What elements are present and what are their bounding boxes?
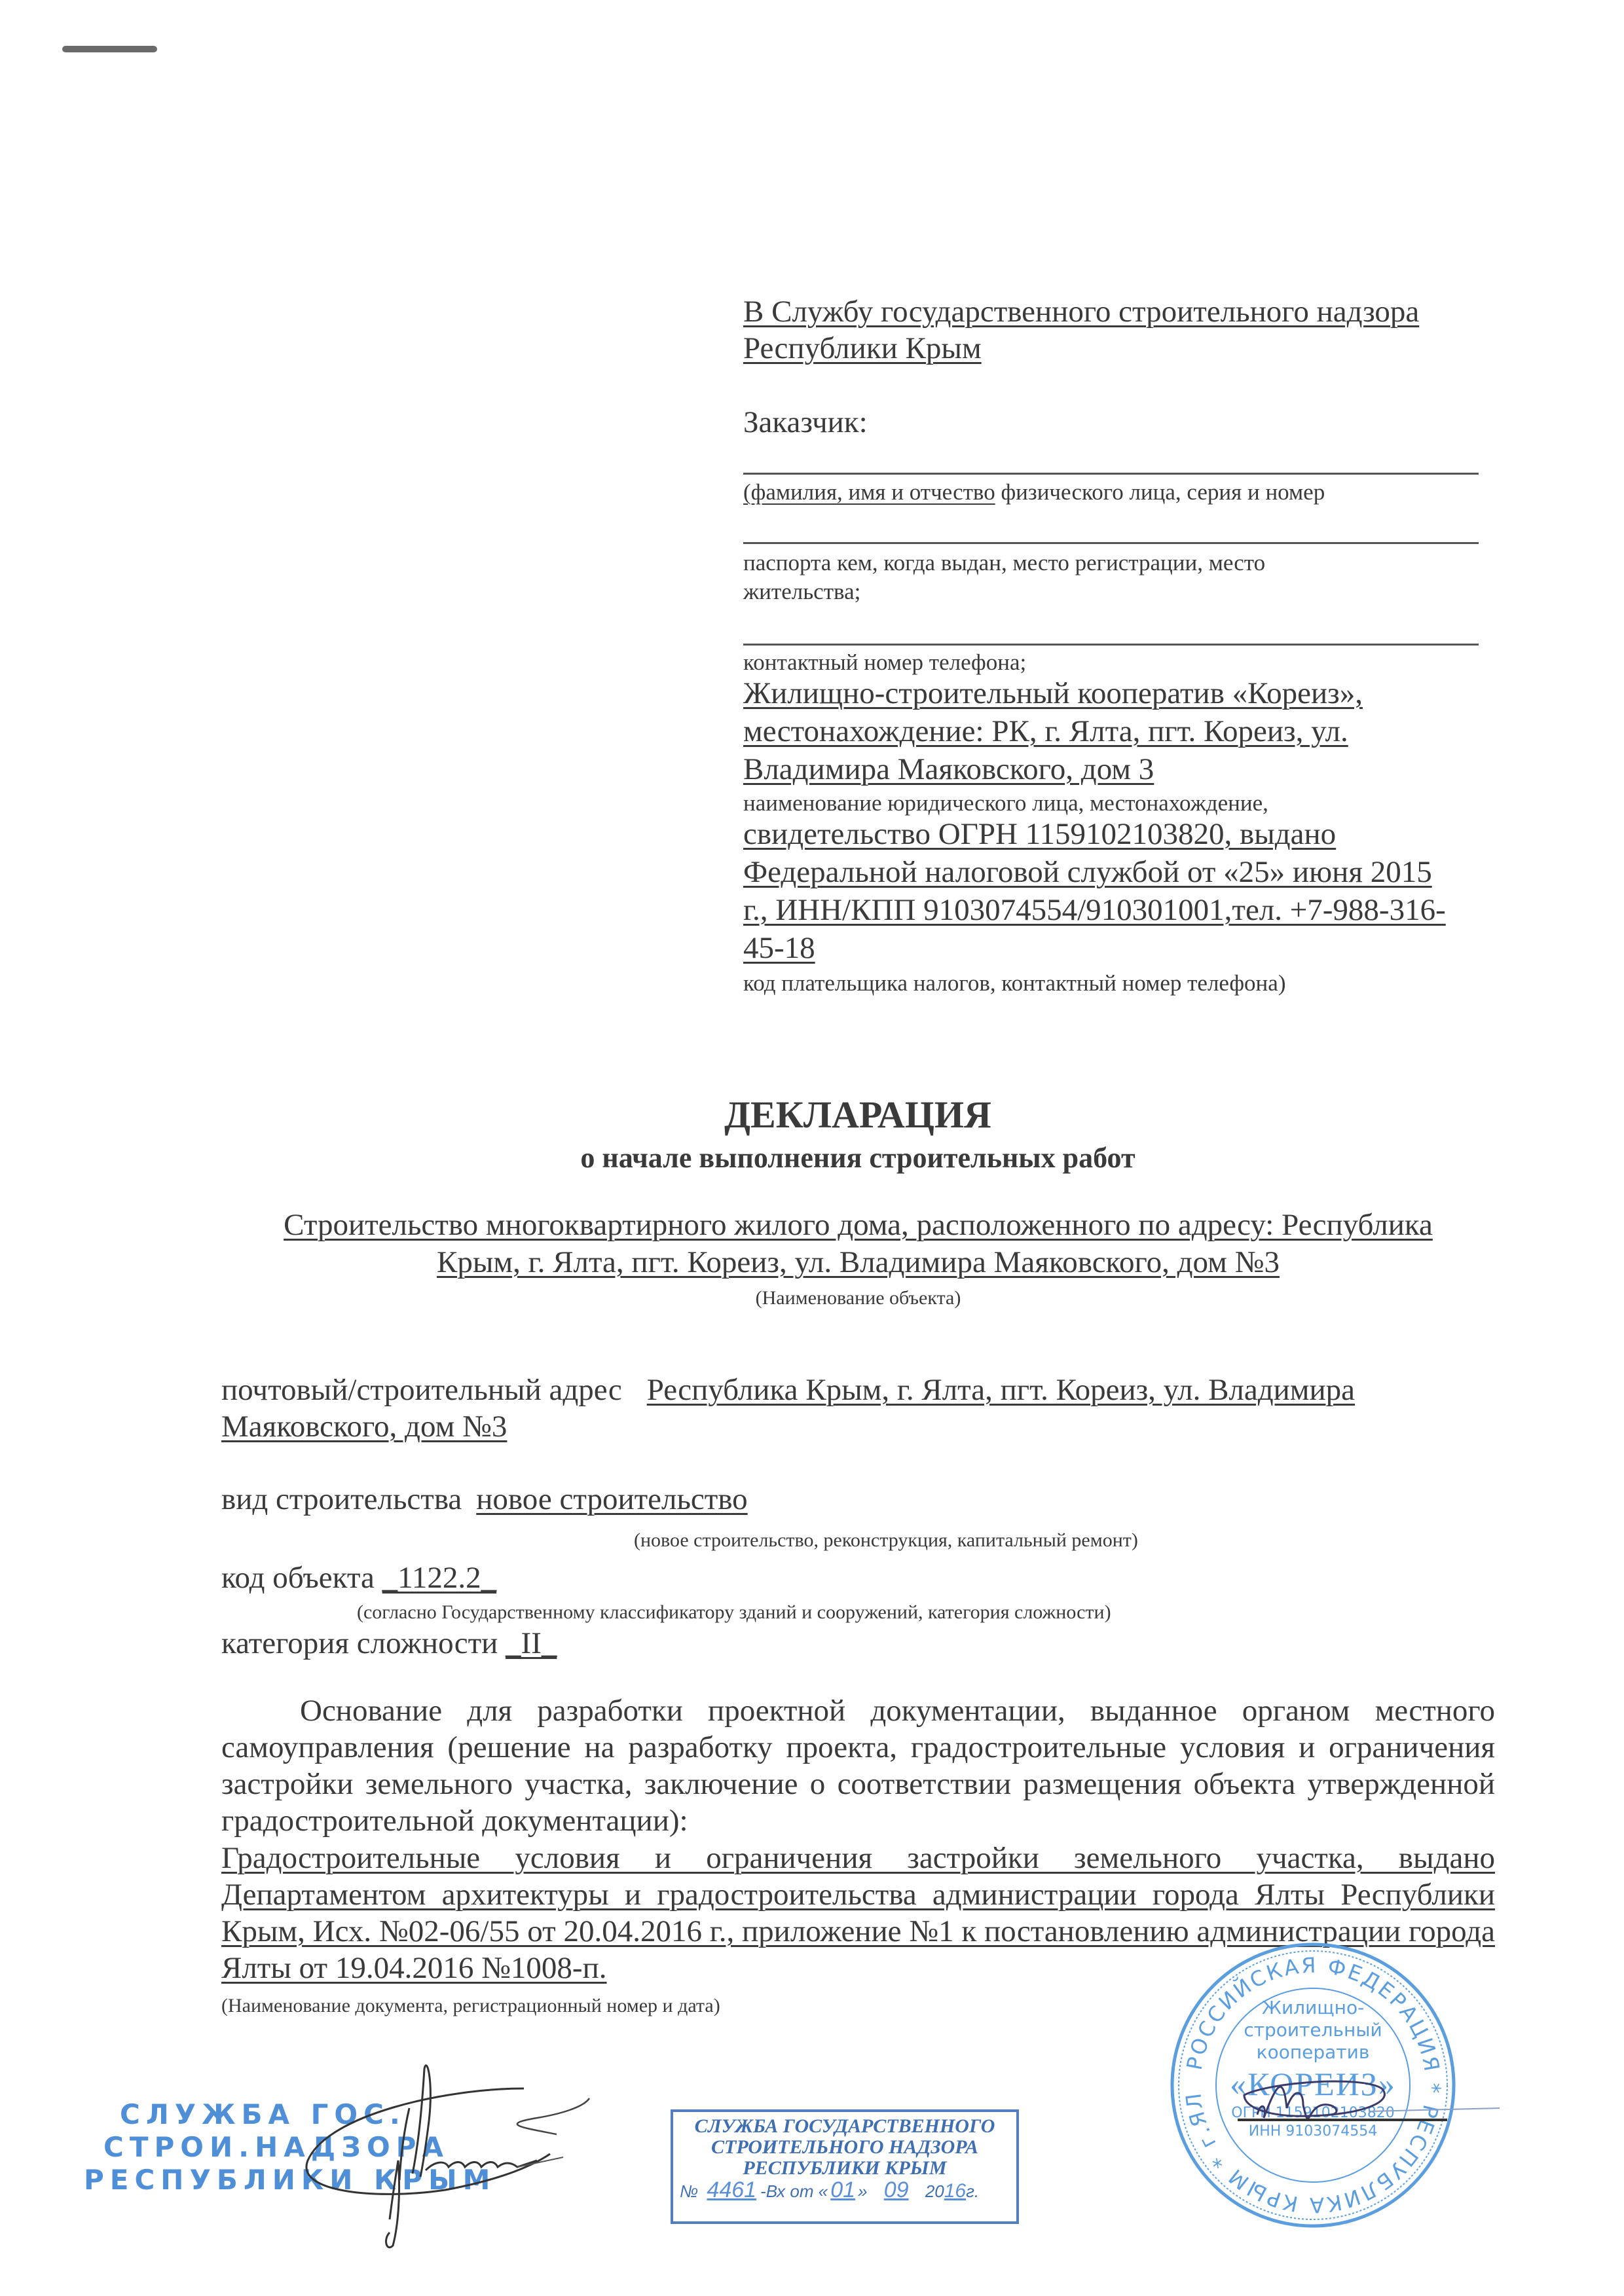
complexity: категория сложности _II_ bbox=[221, 1625, 557, 1662]
object-name-line-2: Крым, г. Ялта, пгт. Кореиз, ул. Владимир… bbox=[437, 1245, 1280, 1279]
registration-info: свидетельство ОГРН 1159102103820, выдано… bbox=[743, 815, 1496, 967]
hint-phone: контактный номер телефона; bbox=[743, 648, 1496, 677]
hint-passport-2: жительства; bbox=[743, 579, 860, 604]
address-value-line-1: Республика Крым, г. Ялта, пгт. Кореиз, у… bbox=[647, 1373, 1355, 1407]
incoming-number: 4461 bbox=[703, 2178, 760, 2202]
number-sign: № bbox=[680, 2181, 698, 2201]
construction-type-caption: (новое строительство, реконструкция, кап… bbox=[634, 1529, 1138, 1552]
document-subtitle: о начале выполнения строительных работ bbox=[0, 1141, 1624, 1175]
object-code-value: _1122.2_ bbox=[382, 1561, 497, 1595]
hint-legal-name: наименование юридического лица, местонах… bbox=[743, 789, 1496, 818]
incoming-year: 16 bbox=[944, 2180, 966, 2202]
addressee-line-1: В Службу государственного строительного … bbox=[743, 295, 1419, 329]
seal-line: строительный bbox=[1215, 2019, 1411, 2041]
seal-line: кооператив bbox=[1215, 2041, 1411, 2064]
object-code: код объекта _1122.2_ bbox=[221, 1559, 496, 1596]
incoming-registration-stamp: СЛУЖБА ГОСУДАРСТВЕННОГО СТРОИТЕЛЬНОГО НА… bbox=[671, 2109, 1019, 2224]
registration-line: г., ИНН/КПП 9103074554/910301001,тел. +7… bbox=[743, 893, 1446, 927]
incoming-year-prefix: 20 bbox=[925, 2181, 944, 2201]
registration-line: 45-18 bbox=[743, 931, 815, 965]
hint-fio: (фамилия, имя и отчество физического лиц… bbox=[743, 478, 1496, 507]
hint-fio-underlined: (фамилия, имя и отчество bbox=[743, 479, 995, 505]
legal-entity-line: Жилищно-строительный кооператив «Кореиз»… bbox=[743, 676, 1363, 710]
legal-entity: Жилищно-строительный кооператив «Кореиз»… bbox=[743, 674, 1496, 788]
hint-tax-code: код плательщика налогов, контактный номе… bbox=[743, 969, 1496, 998]
addressee-line-2: Республики Крым bbox=[743, 331, 982, 365]
incoming-year-suffix: г. bbox=[966, 2181, 979, 2201]
legal-entity-line: Владимира Маяковского, дом 3 bbox=[743, 752, 1154, 786]
incoming-month: 09 bbox=[872, 2178, 921, 2202]
hint-fio-rest: физического лица, серия и номер bbox=[995, 479, 1325, 505]
signature-right bbox=[1231, 2069, 1506, 2141]
incoming-month-sep: » bbox=[858, 2181, 867, 2201]
complexity-label: категория сложности bbox=[221, 1626, 498, 1660]
construction-type-label: вид строительства bbox=[221, 1482, 462, 1516]
customer-phone-line bbox=[743, 644, 1479, 646]
seal-line: Жилищно- bbox=[1215, 1997, 1411, 2019]
construction-type: вид строительствановое строительство bbox=[221, 1481, 748, 1518]
scan-mark bbox=[62, 46, 157, 52]
incoming-day: 01 bbox=[828, 2178, 858, 2202]
hint-passport: паспорта кем, когда выдан, место регистр… bbox=[743, 549, 1496, 606]
incoming-stamp-number-row: № 4461-Вх от «01» 09 2016г. bbox=[673, 2179, 1016, 2202]
registration-line: Федеральной налоговой службой от «25» ию… bbox=[743, 855, 1432, 889]
object-name: Строительство многоквартирного жилого до… bbox=[221, 1207, 1495, 1281]
object-code-label: код объекта bbox=[221, 1561, 375, 1595]
basis-paragraph: Основание для разработки проектной докум… bbox=[221, 1692, 1495, 1839]
addressee-to: В Службу государственного строительного … bbox=[743, 293, 1496, 367]
incoming-stamp-line: РЕСПУБЛИКИ КРЫМ bbox=[673, 2158, 1016, 2179]
address-label: почтовый/строительный адрес bbox=[221, 1373, 622, 1407]
incoming-stamp-header: СЛУЖБА ГОСУДАРСТВЕННОГО СТРОИТЕЛЬНОГО НА… bbox=[673, 2112, 1016, 2179]
basis-document-caption: (Наименование документа, регистрационный… bbox=[221, 1994, 720, 2018]
postal-address: почтовый/строительный адресРеспублика Кр… bbox=[221, 1372, 1495, 1445]
registration-line: свидетельство ОГРН 1159102103820, выдано bbox=[743, 817, 1336, 851]
incoming-stamp-line: СТРОИТЕЛЬНОГО НАДЗОРА bbox=[673, 2137, 1016, 2158]
complexity-value: _II_ bbox=[506, 1626, 557, 1660]
customer-fio-line bbox=[743, 473, 1479, 475]
document-title: ДЕКЛАРАЦИЯ bbox=[0, 1092, 1624, 1138]
construction-type-value: новое строительство bbox=[476, 1482, 747, 1516]
customer-label: Заказчик: bbox=[743, 404, 1496, 441]
incoming-suffix: -Вх от « bbox=[760, 2181, 828, 2201]
object-name-caption: (Наименование объекта) bbox=[221, 1286, 1495, 1310]
legal-entity-line: местонахождение: РК, г. Ялта, пгт. Кореи… bbox=[743, 714, 1348, 748]
hint-passport-1: паспорта кем, когда выдан, место регистр… bbox=[743, 550, 1265, 575]
signature-left bbox=[249, 2062, 616, 2259]
address-value-line-2: Маяковского, дом №3 bbox=[221, 1410, 507, 1444]
incoming-stamp-line: СЛУЖБА ГОСУДАРСТВЕННОГО bbox=[673, 2116, 1016, 2137]
customer-passport-line bbox=[743, 542, 1479, 544]
object-code-caption: (согласно Государственному классификатор… bbox=[357, 1601, 1111, 1624]
object-name-line-1: Строительство многоквартирного жилого до… bbox=[284, 1208, 1433, 1242]
